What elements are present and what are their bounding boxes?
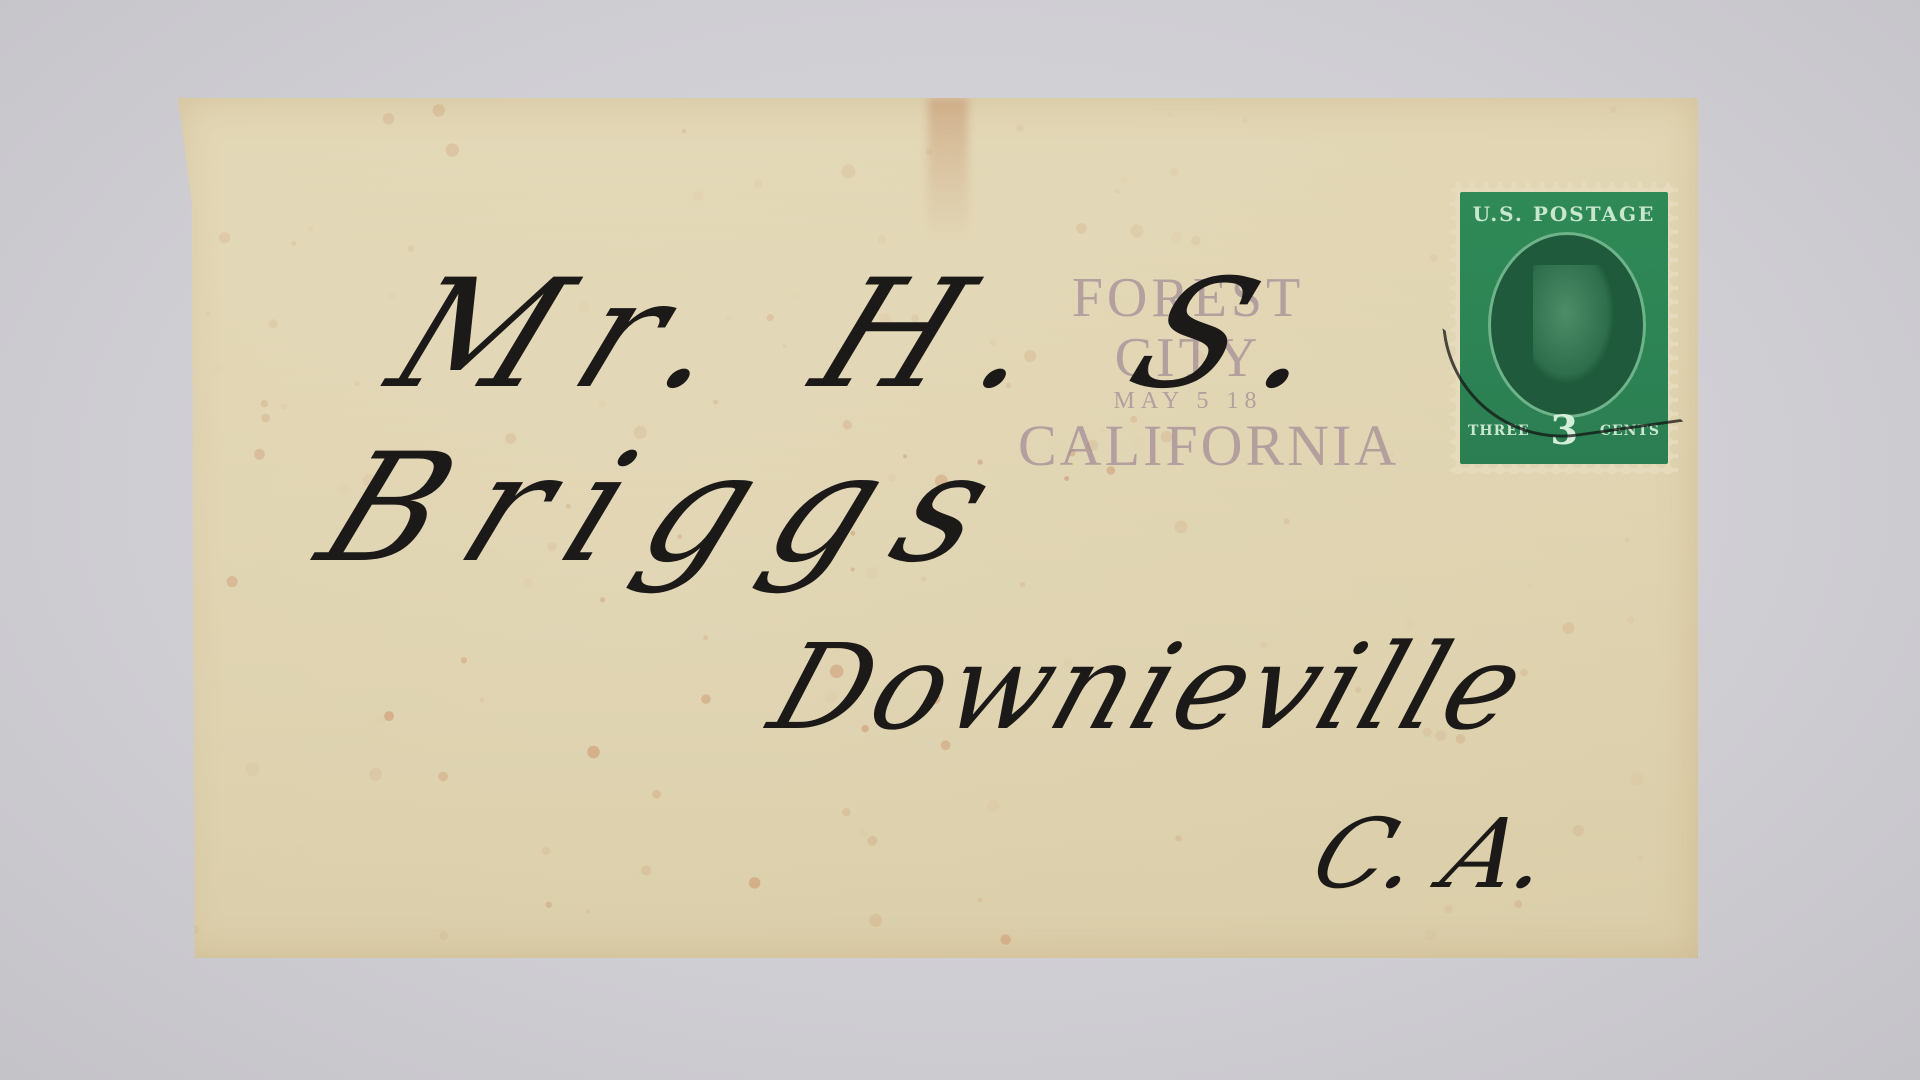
- crease-stain: [928, 98, 968, 238]
- address-state: C. A.: [1298, 798, 1570, 910]
- address-town: Downieville: [756, 618, 1545, 756]
- stamp-face: U.S. POSTAGE THREE 3 CENTS: [1460, 192, 1668, 464]
- envelope: FOREST CITY MAY 5 18 CALIFORNIA Mr. H. S…: [178, 98, 1698, 958]
- postage-stamp: U.S. POSTAGE THREE 3 CENTS: [1450, 182, 1678, 474]
- stamp-header-text: U.S. POSTAGE: [1460, 202, 1668, 226]
